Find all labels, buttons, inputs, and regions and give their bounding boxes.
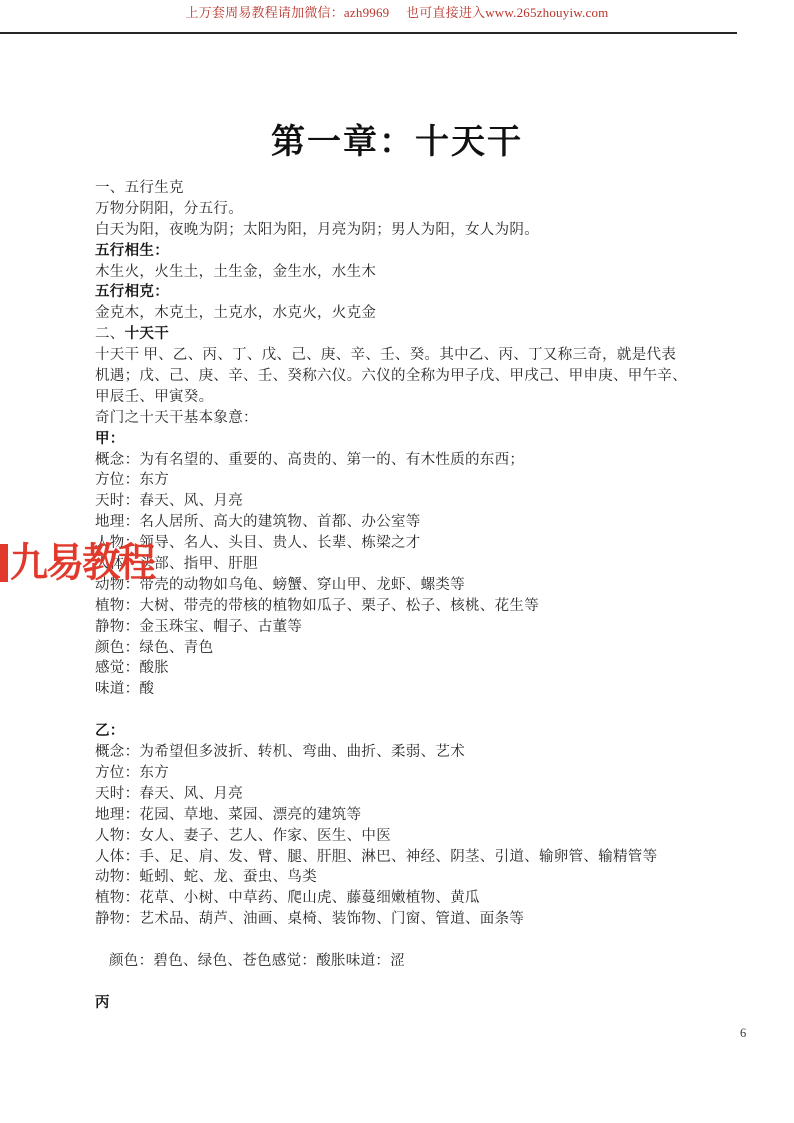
text-line: 十天干 甲、乙、丙、丁、戊、己、庚、辛、壬、癸。其中乙、丙、丁又称三奇，就是代表 [95, 345, 710, 366]
text-line: 二、十天干 [95, 324, 710, 345]
text-line: 天时：春天、风、月亮 [95, 491, 710, 512]
blank-line [95, 972, 710, 993]
text-line: 地理：花园、草地、菜园、漂亮的建筑等 [95, 805, 710, 826]
text-line: 万物分阴阳，分五行。 [95, 199, 710, 220]
text-line: 金克木，木克土，土克水，水克火，火克金 [95, 303, 710, 324]
text-line: 白天为阳，夜晚为阴；太阳为阳，月亮为阴；男人为阳，女人为阴。 [95, 220, 710, 241]
page-number: 6 [740, 1026, 746, 1041]
promo-header-text: 上万套周易教程请加微信：azh9969 也可直接进入www.265zhouyiw… [0, 5, 794, 20]
text-line: 人体：手、足、肩、发、臂、腿、肝胆、淋巴、神经、阴茎、引道、输卵管、输精管等 [95, 847, 710, 868]
text-line: 五行相克： [95, 282, 710, 303]
text-line: 方位：东方 [95, 763, 710, 784]
text-line: 方位：东方 [95, 470, 710, 491]
blank-line [95, 700, 710, 721]
text-line: 静物：金玉珠宝、帽子、古董等 [95, 617, 710, 638]
page-title: 第一章：十天干 [0, 120, 794, 166]
text-line: 五行相生： [95, 241, 710, 262]
document-body: 一、五行生克万物分阴阳，分五行。白天为阳，夜晚为阴；太阳为阳，月亮为阴；男人为阳… [95, 178, 710, 1014]
text-line: 奇门之十天干基本象意： [95, 408, 710, 429]
text-line: 机遇；戊、己、庚、辛、壬、癸称六仪。六仪的全称为甲子戊、甲戌己、甲申庚、甲午辛、 [95, 366, 710, 387]
watermark-bar [0, 544, 8, 582]
text-line: 颜色：绿色、青色 [95, 638, 710, 659]
text-line: 动物：蚯蚓、蛇、龙、蚕虫、鸟类 [95, 867, 710, 888]
text-line: 概念：为有名望的、重要的、高贵的、第一的、有木性质的东西； [95, 450, 710, 471]
blank-line [95, 930, 710, 951]
text-line: 人体：头部、指甲、肝胆 [95, 554, 710, 575]
text-line: 植物：大树、带壳的带核的植物如瓜子、栗子、松子、核桃、花生等 [95, 596, 710, 617]
text-line: 味道：酸 [95, 679, 710, 700]
text-line: 动物：带壳的动物如乌龟、螃蟹、穿山甲、龙虾、螺类等 [95, 575, 710, 596]
text-line: 植物：花草、小树、中草药、爬山虎、藤蔓细嫩植物、黄瓜 [95, 888, 710, 909]
text-line: 静物：艺术品、葫芦、油画、桌椅、装饰物、门窗、管道、面条等 [95, 909, 710, 930]
document-page: 上万套周易教程请加微信：azh9969 也可直接进入www.265zhouyiw… [0, 0, 794, 1123]
text-line: 乙： [95, 721, 710, 742]
text-line: 丙 [95, 993, 710, 1014]
text-line: 感觉：酸胀 [95, 658, 710, 679]
text-line: 地理：名人居所、高大的建筑物、首都、办公室等 [95, 512, 710, 533]
header-rule [0, 32, 737, 34]
text-line: 甲： [95, 429, 710, 450]
text-line: 一、五行生克 [95, 178, 710, 199]
text-line: 颜色：碧色、绿色、苍色感觉：酸胀味道：涩 [95, 951, 710, 972]
text-line: 天时：春天、风、月亮 [95, 784, 710, 805]
text-line: 甲辰壬、甲寅癸。 [95, 387, 710, 408]
text-line: 木生火，火生土，土生金，金生水，水生木 [95, 262, 710, 283]
text-line: 人物：女人、妻子、艺人、作家、医生、中医 [95, 826, 710, 847]
text-line: 人物：领导、名人、头目、贵人、长辈、栋梁之才 [95, 533, 710, 554]
text-line: 概念：为希望但多波折、转机、弯曲、曲折、柔弱、艺术 [95, 742, 710, 763]
